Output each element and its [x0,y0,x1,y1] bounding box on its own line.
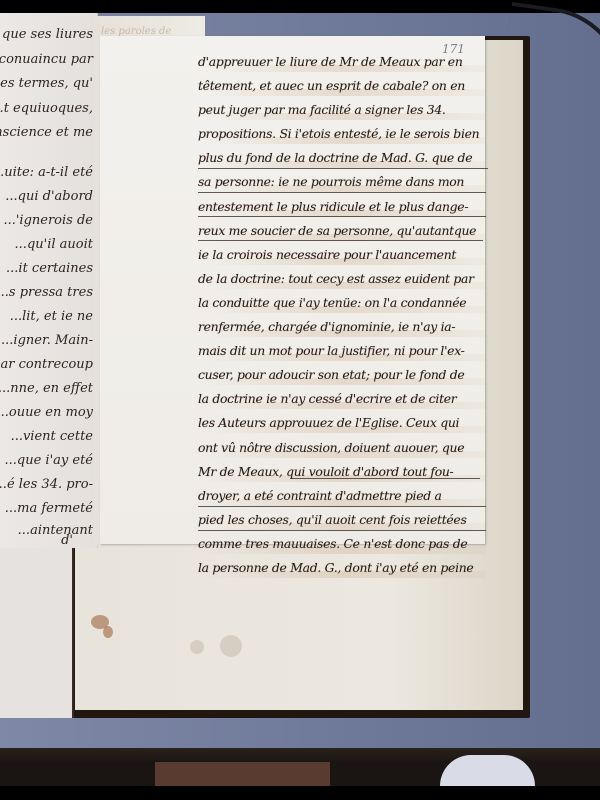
manuscript-line: les Auteurs approuuez de l'Eglise. Ceux … [198,411,486,435]
underline-stroke [198,216,486,217]
left-line: ...ux que ses liures [0,27,93,42]
manuscript-line: renfermée, chargée d'ignominie, ie n'ay … [198,315,486,339]
underline-stroke [198,240,483,241]
left-line: ...uite: a-t-il eté [0,165,93,180]
left-line: ...it certaines [6,261,93,276]
stain [220,635,242,657]
white-cloth [440,755,535,786]
left-line: ...lit, et ie ne [10,309,93,324]
left-line: ...vient cette [11,429,93,444]
left-line: d' [61,533,73,548]
manuscript-line: mais dit un mot pour la justifier, ni po… [198,339,486,363]
manuscript-line: d'appreuuer le liure de Mr de Meaux par … [198,50,486,74]
manuscript-line: de la doctrine: tout cecy est assez euid… [198,267,486,291]
manuscript-line: cuser, pour adoucir son etat; pour le fo… [198,363,486,387]
left-line: ...'ignerois de [3,213,93,228]
underline-stroke [198,192,486,193]
left-line: ...nne, en effet [0,381,93,396]
stain [103,626,113,638]
left-line: ...igner. Main- [1,333,93,348]
left-line: ...ma fermeté [5,501,93,516]
manuscript-line: Mr de Meaux, qui vouloit d'abord tout fo… [198,460,486,484]
left-line: ...s pressa tres [0,285,93,300]
left-line: ...qui d'abord [5,189,93,204]
left-line: ...ar contrecoup [0,357,93,372]
underline-stroke [198,530,486,531]
left-line: ...ouue en moy [0,405,93,420]
stain [190,640,204,654]
manuscript-line: la personne de Mad. G., dont i'ay eté en… [198,556,486,580]
left-line: ...t equiuoques, [0,101,93,116]
floor-tile [155,762,330,786]
manuscript-line: la conduitte que i'ay tenüe: on l'a cond… [198,291,486,315]
left-line: ...e ses termes, qu' [0,76,93,91]
manuscript-line: pied les choses, qu'il auoit cent fois r… [198,508,486,532]
left-line: ...qu'il auoit [15,237,93,252]
manuscript-line: ont vû nôtre discussion, doiuent auouer,… [198,436,486,460]
left-line: ...conuaincu par [0,52,93,67]
manuscript-line: la doctrine ie n'ay cessé d'ecrire et de… [198,387,486,411]
left-page-lower-edge [0,548,74,718]
manuscript-line: sa personne: ie ne pourrois même dans mo… [198,170,486,194]
underline-stroke [198,506,486,507]
letterbox-bottom [0,786,600,800]
underline-stroke [198,168,488,169]
left-page-text: ...ux que ses liures ...conuaincu par ..… [0,13,97,548]
left-line: ...aintenant [18,523,93,538]
manuscript-line: plus du fond de la doctrine de Mad. G. q… [198,146,486,170]
manuscript-line: propositions. Si i'etois entesté, ie le … [198,122,486,146]
manuscript-line: têtement, et auec un esprit de cabale? o… [198,74,486,98]
manuscript-line: comme tres mauuaises. Ce n'est donc pas … [198,532,486,556]
manuscript-line: peut juger par ma facilité a signer les … [198,98,486,122]
left-line: ...que i'ay eté [5,453,94,468]
manuscript-line: ie la croirois necessaire pour l'auancem… [198,243,486,267]
left-line: ...é les 34. pro- [0,477,93,492]
underline-stroke [290,478,480,479]
photo-scene: ...ux que ses liures ...conuaincu par ..… [0,0,600,800]
manuscript-text: d'appreuuer le liure de Mr de Meaux par … [198,50,486,580]
left-line: ...onscience et me [0,125,93,140]
manuscript-line: droyer, a eté contraint d'admettre pied … [198,484,486,508]
